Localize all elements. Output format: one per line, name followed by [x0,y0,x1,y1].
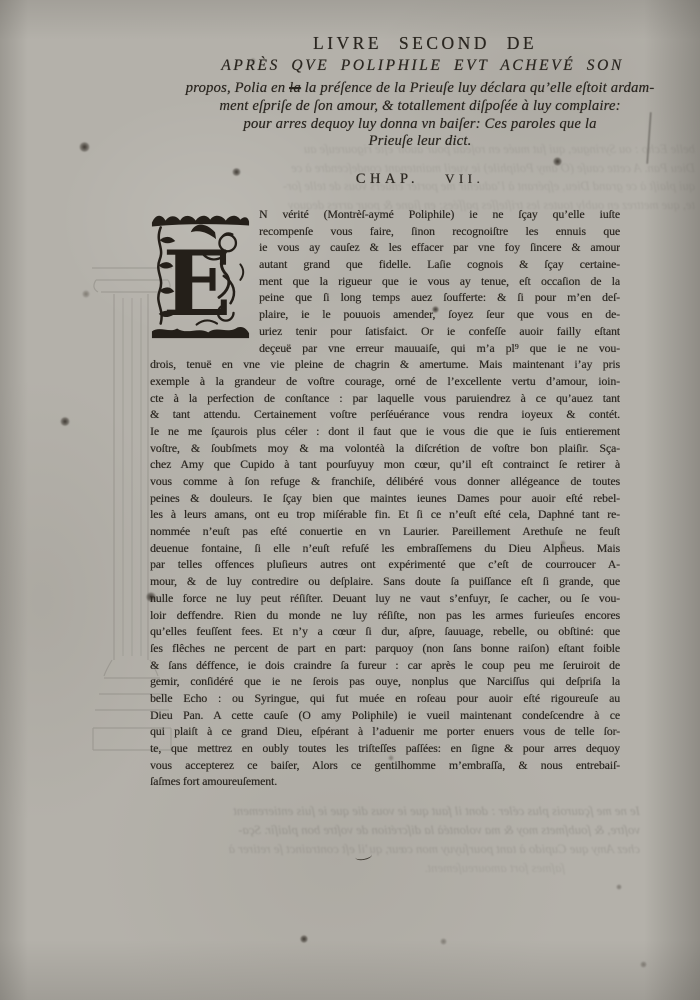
body-line: ſes flêches ne percent de part en part: … [150,640,620,657]
chapter-number: VII. [445,171,484,186]
ink-blot [432,306,439,313]
body-indented-column: N vérité (Montrèſ-aymé Poliphile) ie ne … [259,206,620,356]
body-line: ie vous ay cauſez & les effacer par vne … [259,239,620,256]
bleedthrough-line: ſaſmes fort amoureuſement. [215,859,565,878]
body-line: qu’elles feuſſent fees. Et n’y a cœur ſi… [150,623,620,640]
argument-line-2: propos, Polia en la la préſence de la Pr… [140,80,700,97]
body-text: E N vérité (Montrèſ-aymé Poliphile) ie n… [150,206,620,790]
body-line: & tant attendu. Certainement voſtre perſ… [150,406,620,423]
body-line: Dieu Pan. A cette cauſe (O amy Poliphile… [150,707,620,724]
foxing-spot [250,58,256,63]
body-line: N vérité (Montrèſ-aymé Poliphile) ie ne … [259,206,620,223]
body-line: loir deffendre. Rien du monde ne luy réſ… [150,607,620,624]
foxing-spot [553,157,562,166]
body-line: te, que mettrez en oubly toutes les triſ… [150,740,620,757]
body-line: voſtre, & ſoubſmets moy & ma volontéà la… [150,440,620,457]
chapter-heading: CHAP.VII. [150,171,690,188]
argument-line-2-post: la préſence de la Prieuſe luy déclara qu… [301,80,655,96]
foxing-spot [300,935,308,943]
foxing-spot [616,884,622,890]
body-line: ſaſmes fort amoureuſement. [150,773,620,790]
foxing-spot [388,755,394,761]
body-line: qui plaiſt à ce grand Dieu, eſpérant à l… [150,723,620,740]
bleedthrough-line: voſtre, & ſoubſmets moy & ma volontéà la… [140,821,640,840]
argument-line-4: pour arres dequoy luy donna vn baiſer: C… [140,116,700,133]
body-line: deuenue fontaine, ſi elle n’euſt refuſé … [150,540,620,557]
body-line: gemir, conſidéré que ie ne ſerois pas ou… [150,673,620,690]
foxing-spot [82,290,90,298]
foxing-spot [146,592,156,602]
body-line: ment que la rigueur que ie vous ay tenue… [259,273,620,290]
body-line: belle Echo : ou Syringue, qui fut muée e… [150,690,620,707]
drop-cap-woodcut: E [150,209,251,343]
body-line: mour, & de luy contredire ou deſplaire. … [150,573,620,590]
body-line: cte à la perfection de conſtance : par l… [150,390,620,407]
bleedthrough-line: chez Amy que Cupido à tant pourſuyuy mon… [140,840,640,859]
argument-line-1: APRÈS QVE POLIPHILE EVT ACHEVÉ SON [140,57,700,75]
body-line: chez Amy que Cupido à tant pourſuyuy mon… [150,456,620,473]
bleedthrough-line: Ie ne me ſçaurois plus céler : dont il f… [140,802,640,821]
drop-cap-row: E N vérité (Montrèſ-aymé Poliphile) ie n… [150,206,620,356]
drop-cap-letter: E [163,231,232,337]
body-full-column: drois, tenuë en vne vie pleine de chagri… [150,356,620,790]
body-line: Ie ne me ſçaurois plus céler : dont il f… [150,423,620,440]
foxing-spot [560,540,566,546]
foxing-spot [79,142,90,152]
body-line: & ſans déffence, ie dois craindre ſa fur… [150,657,620,674]
foxing-spot [440,938,447,945]
body-line: nommée n’euſt pas eſté conuertie en vn L… [150,523,620,540]
body-line: autant grand que fidelle. Laſie cognois … [259,256,620,273]
foxing-spot [60,417,70,426]
body-line: recompenſe vous faire, ſinon recognoiſtr… [259,223,620,240]
running-header: LIVRE SECOND DE [150,33,700,54]
scanned-book-page: belle Echo : ou Syringue, qui fut muée e… [0,0,700,1000]
body-line: vous comme à ſon refuge & franchiſe, dél… [150,473,620,490]
struck-word: la [289,80,301,96]
body-line: par telles offences pluſieurs autres ont… [150,556,620,573]
body-line: exemple à la grandeur de voſtre courage,… [150,373,620,390]
argument-line-5: Prieuſe leur dict. [140,133,700,150]
foxing-spot [232,168,241,176]
chapter-label: CHAP. [356,171,419,187]
body-line: plaire, ie le pouuois amender, ſoyez ſeu… [259,306,620,323]
body-line: uriez tenir pour ſatisfaict. Or ie confe… [259,323,620,340]
body-line: deçeuë par vne erreur mauuaiſe, qui m’a … [259,340,620,357]
foxing-spot [640,961,647,968]
body-line: vous accepterez ce baiſer, Alors ce gent… [150,757,620,774]
body-line: peines & douleurs. Ie ſçay bien que main… [150,490,620,507]
argument-line-2-pre: propos, Polia en [186,80,289,96]
body-line: peine que ſi long temps auez ſoufferte: … [259,289,620,306]
bleedthrough-text-bottom: Ie ne me ſçaurois plus céler : dont il f… [140,802,640,878]
body-line: nulle force ne luy peut réſiſter. Deuant… [150,590,620,607]
argument-line-3: ment eſpriſe de ſon amour, & totallement… [140,98,700,115]
body-line: drois, tenuë en vne vie pleine de chagri… [150,356,620,373]
body-line: les à leurs amans, ont eu trop miſérable… [150,506,620,523]
